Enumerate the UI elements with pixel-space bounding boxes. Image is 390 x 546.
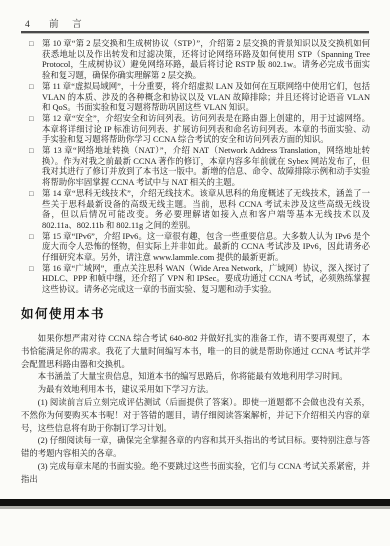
header-title: 前 言 [49, 16, 84, 30]
paragraph: (2) 仔细阅读每一章，确保完全掌握各章的内容和其开头指出的考试目标。要特别注意… [21, 435, 370, 461]
paragraphs-container: 如果你想严肃对待 CCNA 综合考试 640-802 并做好扎实的准备工作，请不… [21, 333, 370, 487]
page-number: 4 [25, 20, 30, 30]
paragraph: (3) 完成每章末尾的书面实验。绝不要跳过这些书面实验，它们与 CCNA 考试关… [21, 461, 370, 487]
list-item: □ 第 11 章“虚拟局域网”，十分重要，将介绍虚拟 LAN 及如何在互联网络中… [29, 82, 370, 114]
square-bullet-icon: □ [29, 232, 34, 243]
chapter-list: □ 第 10 章“第 2 层交换和生成树协议（STP）”，介绍第 2 层交换的背… [29, 39, 370, 296]
paragraph: 如果你想严肃对待 CCNA 综合考试 640-802 并做好扎实的准备工作，请不… [21, 333, 370, 371]
section-heading: 如何使用本书 [21, 304, 105, 322]
book-page: 4 前 言 □ 第 10 章“第 2 层交换和生成树协议（STP）”，介绍第 2… [0, 0, 390, 546]
list-item: □ 第 14 章“思科无线技术”，介绍无线技术。该章从思科的角度概述了无线技术，… [29, 189, 370, 232]
chapter-description: 第 10 章“第 2 层交换和生成树协议（STP）”，介绍第 2 层交换的背景知… [42, 39, 370, 80]
paragraph: 为最有效地利用本书，建议采用如下学习方法。 [21, 384, 370, 397]
square-bullet-icon: □ [29, 264, 34, 275]
list-item: □ 第 12 章“安全”，介绍安全和访问列表。访问列表是在路由器上创建的，用于过… [29, 114, 370, 146]
chapter-description: 第 15 章“IPv6”，介绍 IPv6。这一章很有趣，包含一些重要信息。大多数… [42, 232, 370, 262]
chapter-description: 第 14 章“思科无线技术”，介绍无线技术。该章从思科的角度概述了无线技术，涵盖… [42, 189, 370, 230]
page-bottom-scan-shadow [0, 506, 390, 509]
list-item: □ 第 15 章“IPv6”，介绍 IPv6。这一章很有趣，包含一些重要信息。大… [29, 232, 370, 264]
square-bullet-icon: □ [29, 114, 34, 125]
header-rule [21, 31, 369, 34]
page-bottom-scan-edge [0, 499, 390, 506]
chapter-description: 第 13 章“网络地址转换（NAT）”，介绍 NAT（Network Addre… [42, 146, 370, 187]
square-bullet-icon: □ [29, 82, 34, 93]
square-bullet-icon: □ [29, 189, 34, 200]
chapter-description: 第 12 章“安全”，介绍安全和访问列表。访问列表是在路由器上创建的，用于过滤网… [42, 114, 370, 144]
square-bullet-icon: □ [29, 39, 34, 50]
list-item: □ 第 10 章“第 2 层交换和生成树协议（STP）”，介绍第 2 层交换的背… [29, 39, 370, 82]
list-item: □ 第 16 章“广域网”，重点关注思科 WAN（Wide Area Netwo… [29, 264, 370, 296]
chapter-description: 第 11 章“虚拟局域网”，十分重要，将介绍虚拟 LAN 及如何在互联网络中使用… [42, 82, 370, 112]
list-item: □ 第 13 章“网络地址转换（NAT）”，介绍 NAT（Network Add… [29, 146, 370, 189]
page-header: 4 前 言 [25, 16, 84, 30]
paragraph: 本书涵盖了大量宝贵信息，知道本书的编写思路后，你将能最有效地利用学习时间。 [21, 371, 370, 384]
chapter-description: 第 16 章“广域网”，重点关注思科 WAN（Wide Area Network… [42, 264, 370, 294]
paragraph: (1) 阅读前言后立刻完成评估测试（后面提供了答案）。即使一道题都不会做也没有关… [21, 397, 370, 435]
square-bullet-icon: □ [29, 146, 34, 157]
